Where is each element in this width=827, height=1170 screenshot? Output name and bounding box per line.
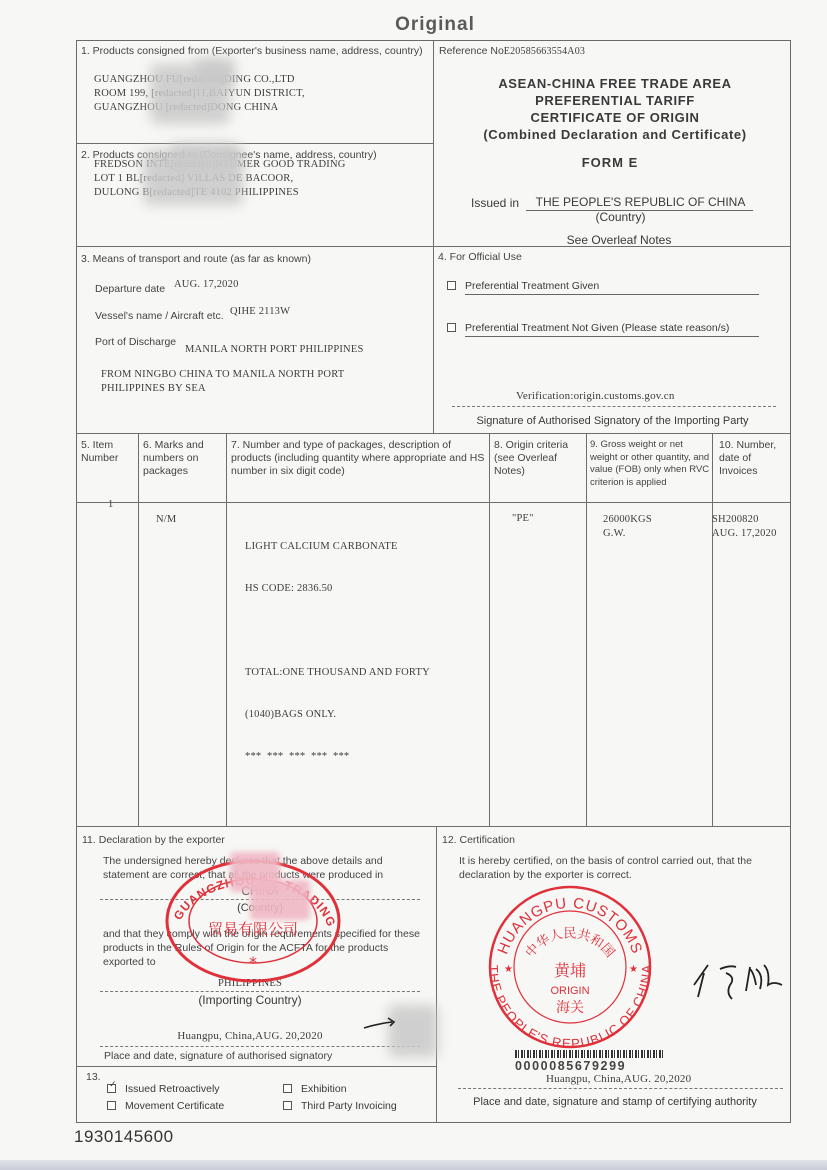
- box13-label: 13.: [86, 1071, 101, 1084]
- divider: [226, 433, 227, 826]
- option-label: Exhibition: [301, 1083, 347, 1095]
- underline: [465, 294, 759, 295]
- signature-stroke: [362, 1012, 398, 1034]
- invoice-line: SH200820: [712, 513, 777, 527]
- serial-number: 1930145600: [74, 1127, 174, 1147]
- description-line: HS CODE: 2836.50: [245, 582, 430, 596]
- box4-label: 4. For Official Use: [438, 251, 522, 264]
- svg-text:*: *: [249, 953, 257, 972]
- heading-line: CERTIFICATE OF ORIGIN: [434, 109, 796, 126]
- option-label: Third Party Invoicing: [301, 1100, 397, 1112]
- weight-line: 26000KGS: [603, 513, 652, 527]
- option-exhibition[interactable]: Exhibition: [283, 1083, 347, 1095]
- reference-row: Reference NoE20585663554A03: [439, 45, 585, 57]
- option-label: Preferential Treatment Not Given (Please…: [465, 322, 729, 334]
- route: FROM NINGBO CHINA TO MANILA NORTH PORT P…: [101, 368, 344, 396]
- stamp-cn-bottom: 海关: [556, 1000, 584, 1016]
- barcode: [515, 1050, 663, 1058]
- heading-line: PREFERENTIAL TARIFF: [434, 92, 796, 109]
- dashed-line: [100, 991, 420, 992]
- route-line: PHILIPPINES BY SEA: [101, 382, 344, 396]
- reference-number: E20585663554A03: [504, 46, 585, 57]
- checkbox[interactable]: [447, 281, 456, 290]
- vessel-name: QIHE 2113W: [230, 305, 290, 319]
- checkbox[interactable]: [283, 1084, 292, 1093]
- departure-date: AUG. 17,2020: [174, 278, 239, 292]
- heading-line: ASEAN-CHINA FREE TRADE AREA: [434, 75, 796, 92]
- checkbox[interactable]: [107, 1101, 116, 1110]
- option-label: Movement Certificate: [125, 1100, 224, 1112]
- header-text: 5. Item Number: [81, 439, 118, 464]
- verification-url: Verification:origin.customs.gov.cn: [516, 390, 675, 402]
- stamp-cn-ring: 中华人民共和国: [522, 926, 617, 961]
- port-label: Port of Discharge: [95, 336, 176, 349]
- reference-label: Reference No: [439, 45, 504, 57]
- stamp-cn-top: 黄埔: [554, 961, 586, 980]
- svg-text:★: ★: [629, 964, 638, 975]
- header-item-number: 5. Item Number: [81, 439, 136, 465]
- overleaf-notes: See Overleaf Notes: [434, 233, 804, 247]
- description-line: LIGHT CALCIUM CARBONATE: [245, 540, 430, 554]
- description-line: *** *** *** *** ***: [245, 750, 430, 764]
- option-third-party-invoicing[interactable]: Third Party Invoicing: [283, 1100, 397, 1112]
- header-invoice: 10. Number, date of Invoices: [719, 439, 789, 478]
- weight: 26000KGS G.W.: [603, 513, 652, 541]
- form-title: FORM E: [434, 155, 786, 170]
- svg-text:★: ★: [504, 964, 513, 975]
- vessel-label: Vessel's name / Aircraft etc.: [95, 310, 224, 323]
- divider: [712, 433, 713, 826]
- option-label: Preferential Treatment Given: [465, 280, 599, 292]
- heading-line: (Combined Declaration and Certificate): [434, 126, 796, 143]
- divider: [489, 433, 490, 826]
- box3-label: 3. Means of transport and route (as far …: [81, 253, 311, 266]
- option-issued-retroactively[interactable]: ✓Issued Retroactively: [107, 1083, 220, 1095]
- weight-line: G.W.: [603, 527, 652, 541]
- exporter-place-date: Huangpu, China,AUG. 20,2020: [100, 1030, 400, 1042]
- redaction: [250, 880, 310, 920]
- svg-text:中华人民共和国: 中华人民共和国: [522, 926, 617, 961]
- marks: N/M: [156, 513, 176, 527]
- invoice-line: AUG. 17,2020: [712, 527, 777, 541]
- departure-label: Departure date: [95, 283, 165, 296]
- box1-label: 1. Products consigned from (Exporter's b…: [81, 45, 429, 58]
- underline: [465, 336, 759, 337]
- checkbox-checked[interactable]: ✓: [107, 1084, 116, 1093]
- option-treatment-given[interactable]: Preferential Treatment Given: [447, 280, 599, 292]
- dashed-line: [100, 1046, 420, 1047]
- certifier-place-date: Huangpu, China,AUG. 20,2020: [546, 1073, 691, 1085]
- certificate-heading: ASEAN-CHINA FREE TRADE AREA PREFERENTIAL…: [434, 75, 796, 143]
- option-treatment-not-given[interactable]: Preferential Treatment Not Given (Please…: [447, 322, 729, 334]
- dashed-line: [452, 406, 776, 407]
- signatory-caption: Place and date, signature of authorised …: [104, 1050, 332, 1063]
- customs-stamp: HUANGPU CUSTOMS THE PEOPLE'S REPUBLIC OF…: [487, 884, 653, 1050]
- certifier-signature: [690, 955, 790, 1005]
- origin-criteria: "PE": [512, 512, 534, 526]
- redaction: [195, 58, 235, 88]
- header-text: 8. Origin criteria (see Overleaf Notes): [494, 439, 568, 477]
- divider: [76, 143, 433, 144]
- divider: [76, 826, 791, 827]
- port-of-discharge: MANILA NORTH PORT PHILIPPINES: [185, 343, 364, 357]
- certification-text: It is hereby certified, on the basis of …: [459, 854, 789, 882]
- barcode-number: 0000085679299: [515, 1059, 626, 1073]
- page-edge: [0, 1160, 827, 1170]
- dashed-line: [458, 1088, 783, 1089]
- checkbox[interactable]: [447, 323, 456, 332]
- checkbox[interactable]: [283, 1101, 292, 1110]
- route-line: FROM NINGBO CHINA TO MANILA NORTH PORT: [101, 368, 344, 382]
- invoice: SH200820 AUG. 17,2020: [712, 513, 777, 541]
- header-text: 7. Number and type of packages, descript…: [231, 439, 484, 477]
- issued-in-label: Issued in: [471, 196, 519, 210]
- stamp-cn: 贸易有限公司: [208, 920, 298, 938]
- issued-in-country: THE PEOPLE'S REPUBLIC OF CHINA: [528, 195, 753, 209]
- divider: [76, 502, 791, 503]
- item-number: 1: [108, 498, 113, 512]
- description: LIGHT CALCIUM CARBONATE HS CODE: 2836.50…: [245, 512, 430, 778]
- option-movement-certificate[interactable]: Movement Certificate: [107, 1100, 224, 1112]
- redaction: [170, 143, 240, 171]
- header-text: 10. Number, date of Invoices: [719, 439, 776, 477]
- country-caption: (Country): [528, 210, 713, 224]
- header-marks: 6. Marks and numbers on packages: [143, 439, 223, 478]
- header-text: 6. Marks and numbers on packages: [143, 439, 204, 477]
- option-label: Issued Retroactively: [125, 1083, 220, 1095]
- box11-label: 11. Declaration by the exporter: [82, 834, 225, 847]
- importing-country-caption: (Importing Country): [100, 993, 400, 1007]
- stamp-origin: ORIGIN: [550, 985, 589, 997]
- document-title: Original: [0, 14, 827, 36]
- description-line: (1040)BAGS ONLY.: [245, 708, 430, 722]
- box12-label: 12. Certification: [442, 834, 515, 847]
- divider: [138, 433, 139, 826]
- certifier-caption: Place and date, signature and stamp of c…: [440, 1096, 790, 1108]
- header-text: 9. Gross weight or net weight or other q…: [590, 439, 709, 488]
- header-description: 7. Number and type of packages, descript…: [231, 439, 487, 478]
- header-weight: 9. Gross weight or net weight or other q…: [590, 439, 712, 489]
- description-line: [245, 624, 430, 638]
- divider: [76, 1066, 436, 1067]
- divider: [436, 826, 437, 1123]
- divider: [76, 433, 791, 434]
- importing-signatory-caption: Signature of Authorised Signatory of the…: [434, 415, 791, 427]
- header-origin-criteria: 8. Origin criteria (see Overleaf Notes): [494, 439, 584, 478]
- divider: [586, 433, 587, 826]
- description-line: TOTAL:ONE THOUSAND AND FORTY: [245, 666, 430, 680]
